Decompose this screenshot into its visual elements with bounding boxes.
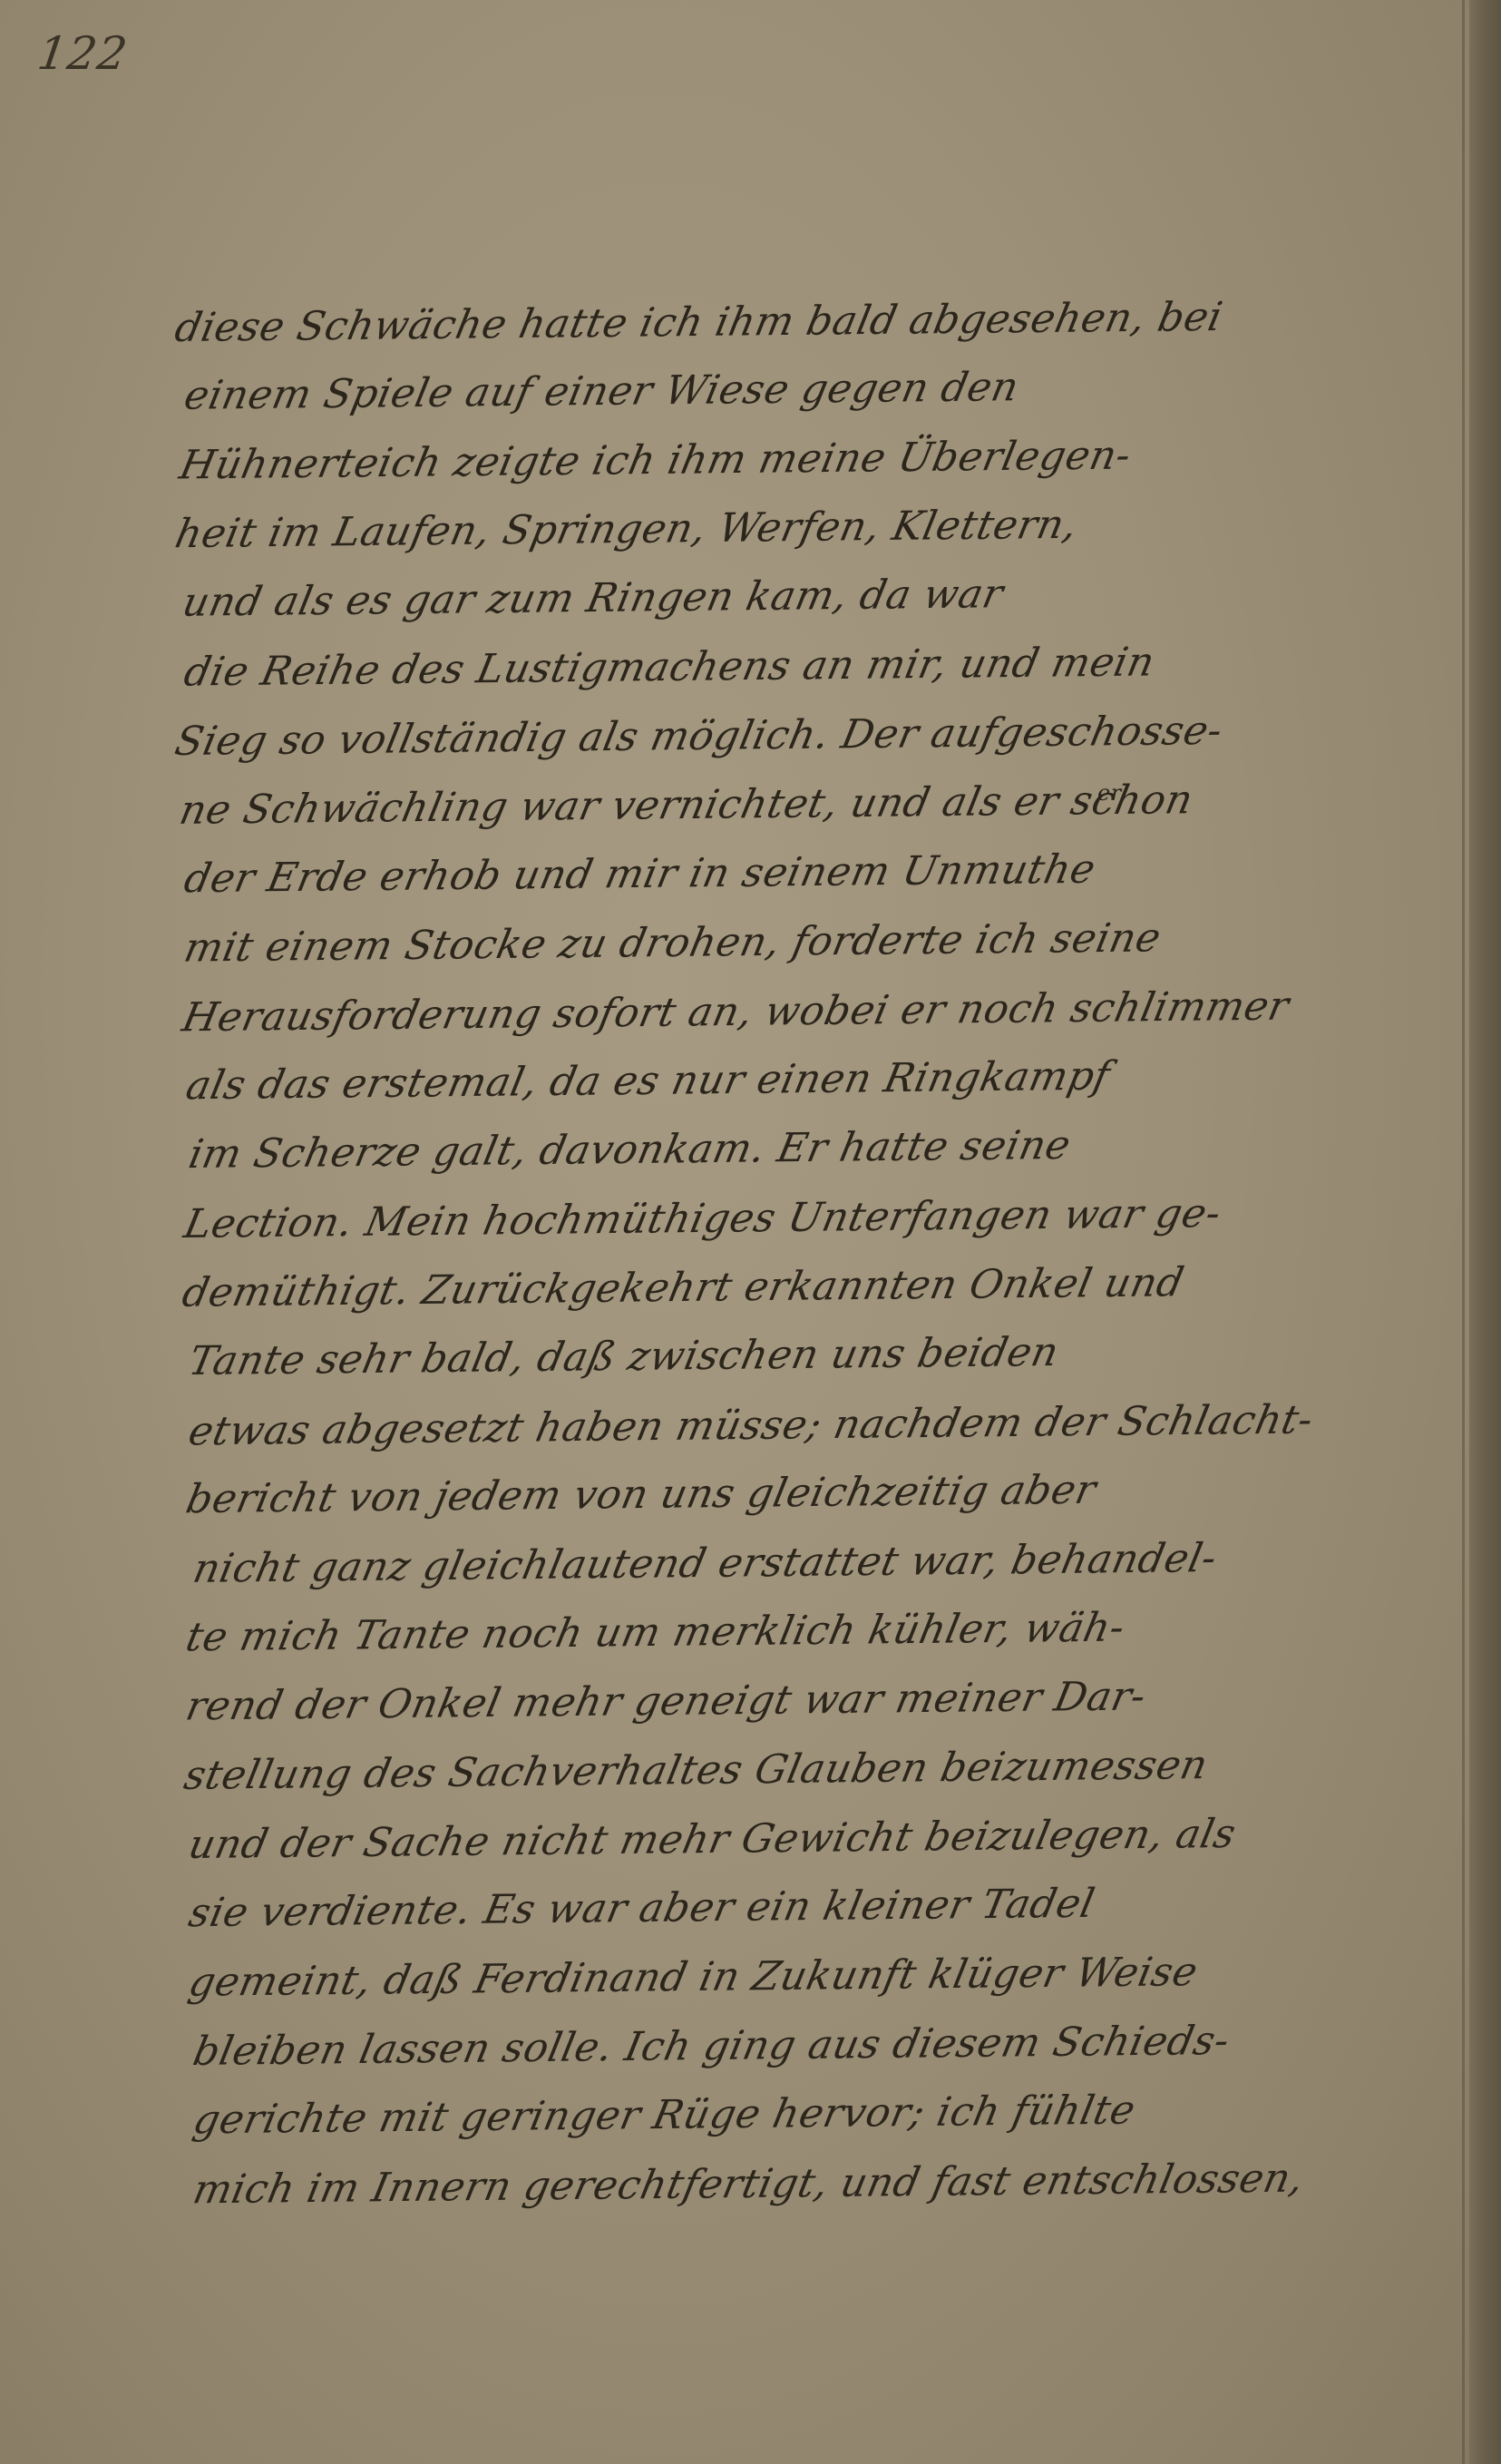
manuscript-line: Tante sehr bald, daß zwischen uns beiden [190, 1323, 1392, 1392]
manuscript-line: die Reihe des Lustigmachens an mir, und … [186, 633, 1392, 702]
manuscript-line: und der Sache nicht mehr Gewicht beizule… [190, 1805, 1392, 1874]
manuscript-line: Sieg so vollständig als möglich. Der auf… [177, 702, 1392, 771]
manuscript-line: sie verdiente. Es war aber ein kleiner T… [190, 1874, 1392, 1943]
manuscript-line: rend der Onkel mehr geneigt war meiner D… [188, 1667, 1392, 1736]
manuscript-line: Lection. Mein hochmüthiges Unterfangen w… [186, 1185, 1392, 1254]
manuscript-text-block: diese Schwäche hatte ich ihm bald abgese… [177, 288, 1392, 2219]
manuscript-line: bericht von jedem von uns gleichzeitig a… [188, 1461, 1392, 1530]
manuscript-line: mit einem Stocke zu drohen, forderte ich… [186, 909, 1392, 978]
manuscript-line: im Scherze galt, davonkam. Er hatte sein… [190, 1116, 1392, 1185]
manuscript-line: der Erde erhob und mir in seinem Unmuthe [186, 840, 1392, 909]
manuscript-line: Hühnerteich zeigte ich ihm meine Überleg… [181, 426, 1392, 495]
page-number: 122 [34, 27, 132, 80]
manuscript-line: heit im Laufen, Springen, Werfen, Klette… [177, 495, 1392, 564]
manuscript-line: diese Schwäche hatte ich ihm bald abgese… [177, 288, 1392, 357]
page-fold-line [1462, 0, 1465, 2464]
manuscript-line: als das erstemal, da es nur einen Ringka… [188, 1047, 1392, 1116]
manuscript-line: demüthigt. Zurückgekehrt erkannten Onkel… [184, 1254, 1392, 1323]
manuscript-line: und als es gar zum Ringen kam, da war [184, 564, 1392, 633]
manuscript-line: etwas abgesetzt haben müsse; nachdem der… [190, 1392, 1392, 1461]
manuscript-line: bleiben lassen solle. Ich ging aus diese… [195, 2012, 1392, 2081]
manuscript-page: 122 diese Schwäche hatte ich ihm bald ab… [0, 0, 1469, 2464]
manuscript-line: Herausforderung sofort an, wobei er noch… [184, 978, 1392, 1047]
manuscript-line: stellung des Sachverhaltes Glauben beizu… [186, 1736, 1392, 1805]
manuscript-line: gerichte mit geringer Rüge hervor; ich f… [195, 2081, 1392, 2150]
interlinear-insertion: er [1097, 758, 1122, 827]
manuscript-line: mich im Innern gerechtfertigt, und fast … [195, 2150, 1392, 2219]
manuscript-line: gemeint, daß Ferdinand in Zukunft klüger… [190, 1943, 1392, 2012]
manuscript-line: einem Spiele auf einer Wiese gegen den [186, 357, 1392, 426]
manuscript-line: te mich Tante noch um merklich kühler, w… [188, 1599, 1392, 1667]
book-binding-edge [1469, 0, 1501, 2464]
manuscript-line: nicht ganz gleichlautend erstattet war, … [195, 1530, 1392, 1599]
manuscript-line: ne Schwächling war vernichtet, und als e… [181, 771, 1392, 840]
